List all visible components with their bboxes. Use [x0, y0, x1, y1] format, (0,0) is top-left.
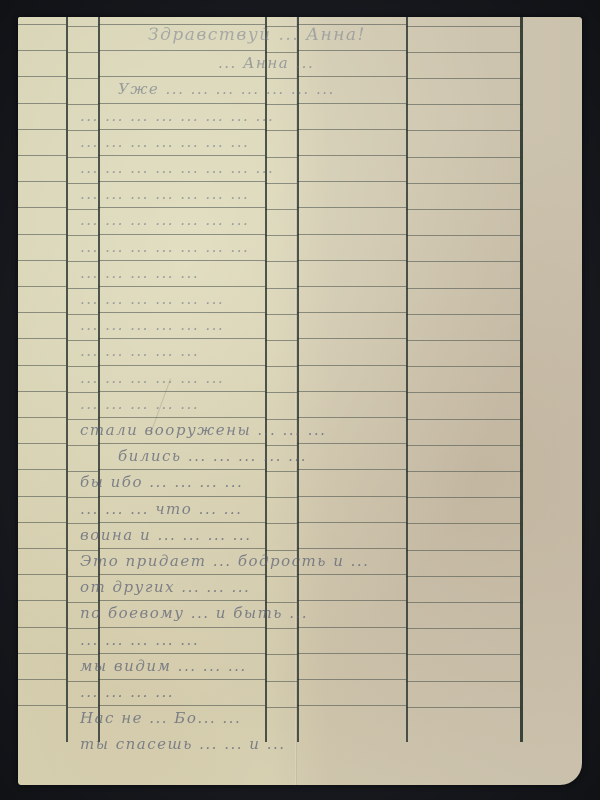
handwritten-line: ... ... ... ... ...: [80, 631, 199, 649]
handwritten-text: Здравствуй ... Анна! ... Анна ...Уже ...…: [18, 17, 582, 785]
handwritten-line: ... ... ... ... ...: [80, 264, 199, 282]
handwritten-line: ... ... ... ... ... ... ...: [80, 211, 249, 229]
letter-heading: Здравствуй ... Анна!: [148, 25, 366, 45]
handwritten-line: от других ... ... ...: [80, 578, 250, 596]
handwritten-line: бились ... ... ... ... ...: [118, 447, 307, 465]
handwritten-line: ... ... ... ... ... ...: [80, 316, 224, 334]
handwritten-line: ты спасешь ... ... и ...: [80, 735, 286, 753]
handwritten-line: ... ... ... ... ... ... ... ...: [80, 107, 274, 125]
handwritten-line: ... ... ... ... ... ... ... ...: [80, 159, 274, 177]
handwritten-line: Нас не ... Бо... ...: [80, 709, 241, 727]
handwritten-line: ... ... ... ... ... ...: [80, 290, 224, 308]
handwritten-line: Уже ... ... ... ... ... ... ...: [118, 80, 335, 98]
ledger-paper: Здравствуй ... Анна! ... Анна ...Уже ...…: [18, 17, 582, 785]
handwritten-line: ... ... ... ... ... ... ...: [80, 133, 249, 151]
handwritten-line: ... ... ... ... ...: [80, 342, 199, 360]
handwritten-line: ... ... ... ... ... ... ...: [80, 185, 249, 203]
handwritten-line: воина и ... ... ... ...: [80, 526, 251, 544]
handwritten-line: ... ... ... что ... ...: [80, 500, 242, 518]
handwritten-line: ... ... ... ... ...: [80, 395, 199, 413]
handwritten-line: бы ибо ... ... ... ...: [80, 473, 243, 491]
handwritten-line: ... Анна ...: [218, 54, 314, 72]
handwritten-line: Это придает ... бодрость и ...: [80, 552, 369, 570]
handwritten-line: мы видим ... ... ...: [80, 657, 247, 675]
handwritten-line: ... ... ... ... ... ... ...: [80, 238, 249, 256]
handwritten-line: ... ... ... ... ... ...: [80, 369, 224, 387]
handwritten-line: ... ... ... ...: [80, 683, 174, 701]
handwritten-line: стали вооружены ... ... ...: [80, 421, 326, 439]
handwritten-line: по боевому ... и быть ...: [80, 604, 308, 622]
